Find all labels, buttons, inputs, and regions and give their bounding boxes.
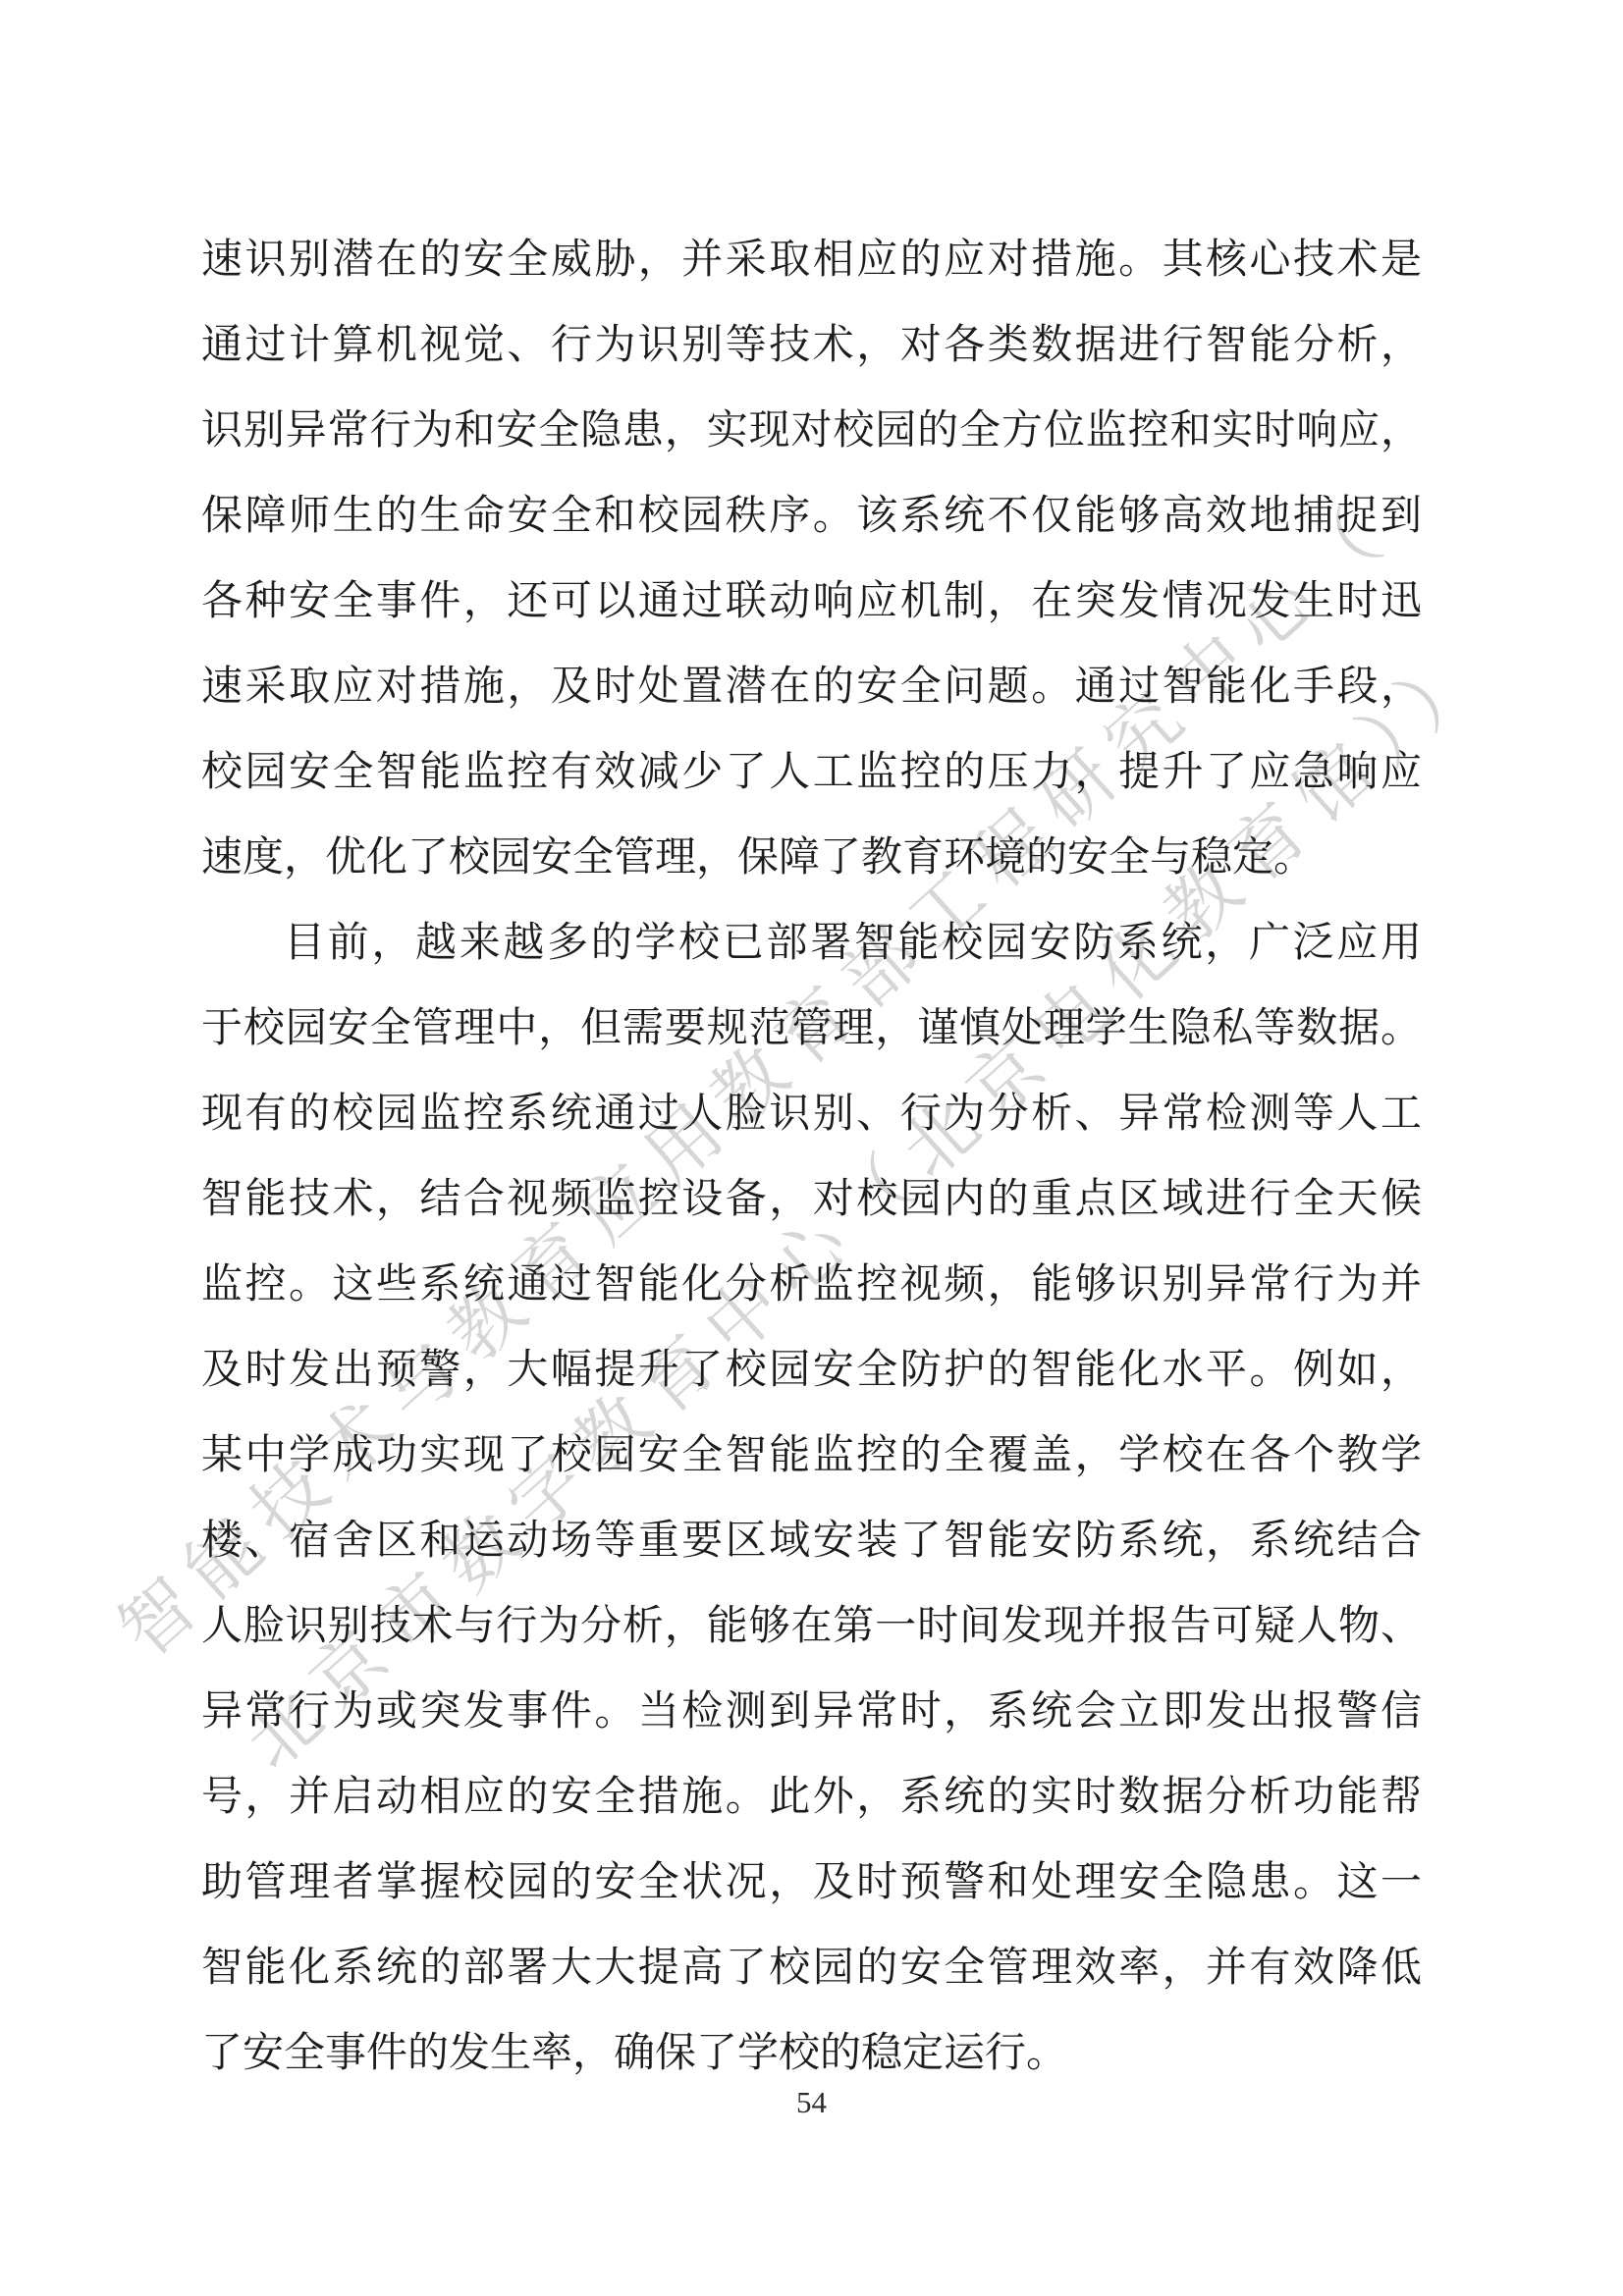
text-line: 楼、宿舍区和运动场等重要区域安装了智能安防系统，系统结合: [201, 1499, 1422, 1584]
text-line: 速识别潜在的安全威胁，并采取相应的应对措施。其核心技术是: [201, 218, 1422, 303]
text-line: 智能技术，结合视频监控设备，对校园内的重点区域进行全天候: [201, 1157, 1422, 1243]
text-line: 通过计算机视觉、行为识别等技术，对各类数据进行智能分析，: [201, 303, 1422, 389]
text-line: 助管理者掌握校园的安全状况，及时预警和处理安全隐患。这一: [201, 1841, 1422, 1926]
text-line: 目前，越来越多的学校已部署智能校园安防系统，广泛应用: [201, 901, 1422, 987]
text-line: 智能化系统的部署大大提高了校园的安全管理效率，并有效降低: [201, 1926, 1422, 2011]
text-line: 了安全事件的发生率，确保了学校的稳定运行。: [201, 2011, 1422, 2097]
paragraph-2: 目前，越来越多的学校已部署智能校园安防系统，广泛应用 于校园安全管理中，但需要规…: [201, 901, 1422, 2097]
paragraph-1: 速识别潜在的安全威胁，并采取相应的应对措施。其核心技术是 通过计算机视觉、行为识…: [201, 218, 1422, 901]
text-line: 某中学成功实现了校园安全智能监控的全覆盖，学校在各个教学: [201, 1414, 1422, 1499]
text-line: 现有的校园监控系统通过人脸识别、行为分析、异常检测等人工: [201, 1072, 1422, 1157]
page-number: 54: [0, 2085, 1623, 2120]
text-line: 保障师生的生命安全和校园秩序。该系统不仅能够高效地捕捉到: [201, 474, 1422, 560]
body-text: 速识别潜在的安全威胁，并采取相应的应对措施。其核心技术是 通过计算机视觉、行为识…: [201, 218, 1422, 2097]
text-line: 识别异常行为和安全隐患，实现对校园的全方位监控和实时响应，: [201, 389, 1422, 474]
text-line: 监控。这些系统通过智能化分析监控视频，能够识别异常行为并: [201, 1243, 1422, 1328]
text-line: 校园安全智能监控有效减少了人工监控的压力，提升了应急响应: [201, 730, 1422, 816]
text-line: 人脸识别技术与行为分析，能够在第一时间发现并报告可疑人物、: [201, 1584, 1422, 1670]
text-line: 于校园安全管理中，但需要规范管理，谨慎处理学生隐私等数据。: [201, 987, 1422, 1072]
text-line: 号，并启动相应的安全措施。此外，系统的实时数据分析功能帮: [201, 1755, 1422, 1841]
text-line: 各种安全事件，还可以通过联动响应机制，在突发情况发生时迅: [201, 560, 1422, 645]
text-line: 异常行为或突发事件。当检测到异常时，系统会立即发出报警信: [201, 1670, 1422, 1755]
text-line: 速度，优化了校园安全管理，保障了教育环境的安全与稳定。: [201, 816, 1422, 901]
text-line: 速采取应对措施，及时处置潜在的安全问题。通过智能化手段，: [201, 645, 1422, 730]
document-page: 智能技术与教育应用教育部工程研究中心（ 北京市数字教育中心（北京电化教育馆）） …: [0, 0, 1623, 2296]
text-line: 及时发出预警，大幅提升了校园安全防护的智能化水平。例如，: [201, 1328, 1422, 1414]
